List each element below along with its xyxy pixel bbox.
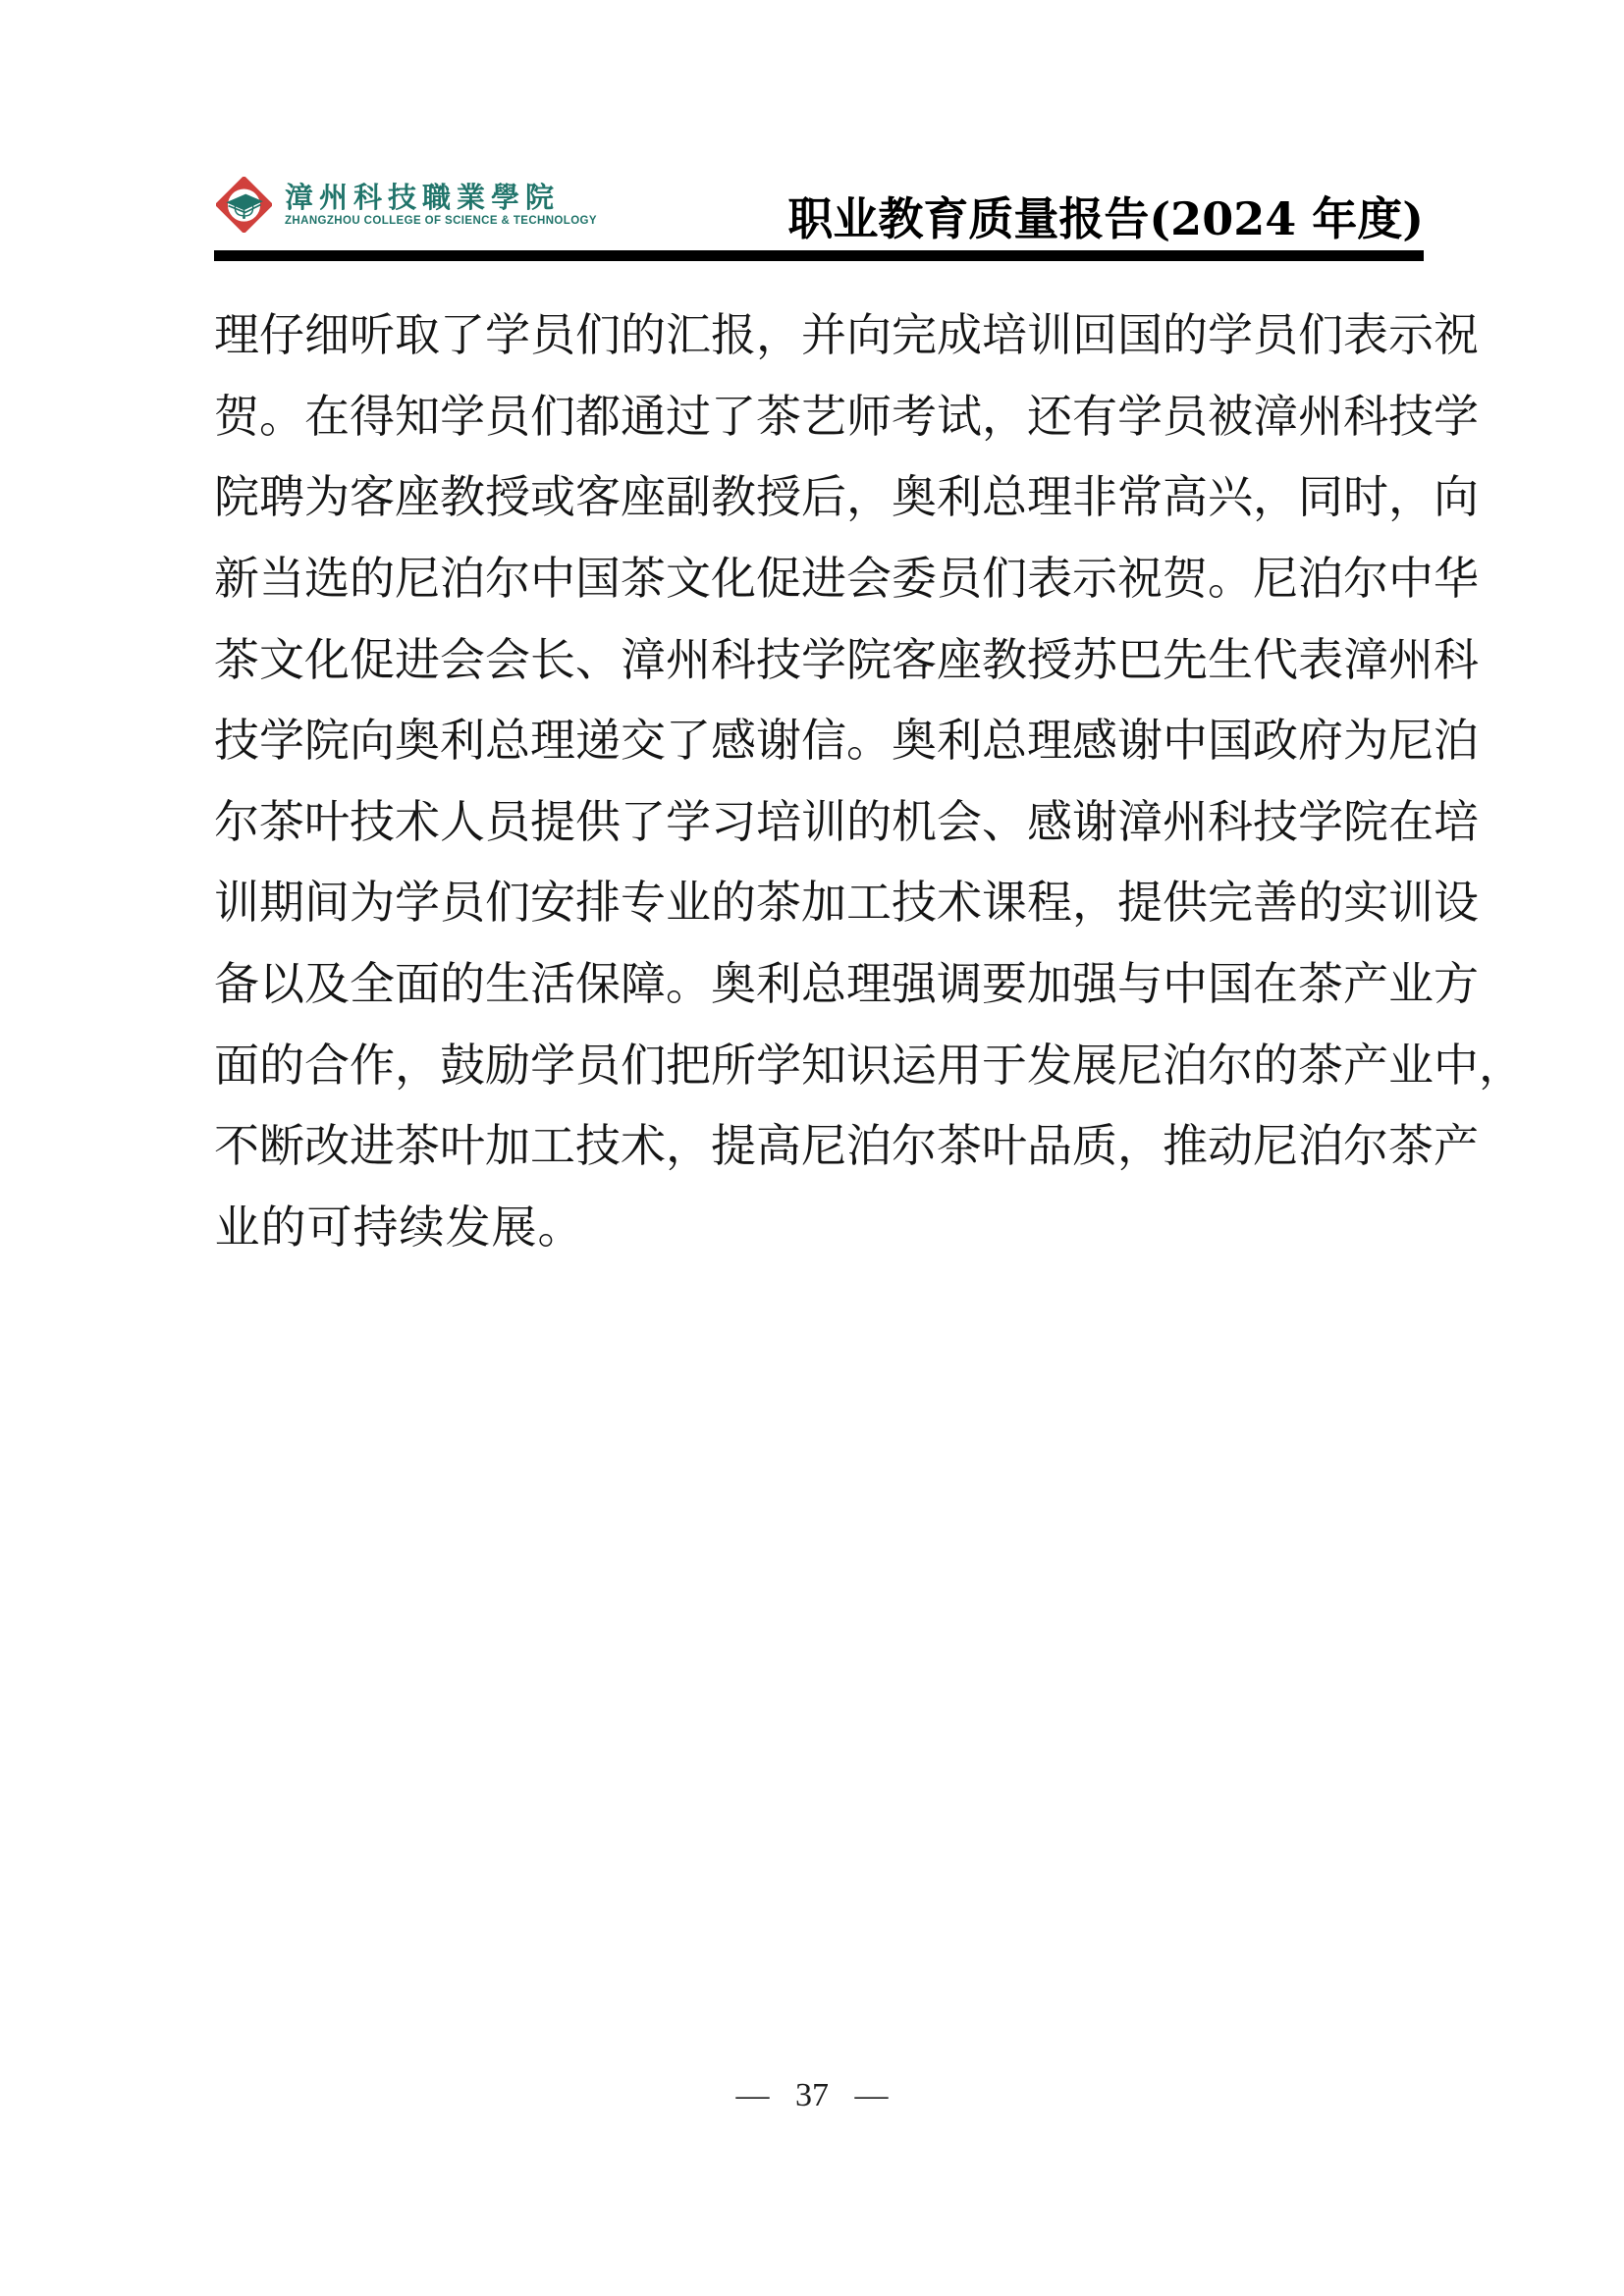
body-text-line: 不断改进茶叶加工技术，提高尼泊尔茶叶品质，推动尼泊尔茶产 bbox=[214, 1105, 1424, 1187]
body-text-line: 面的合作，鼓励学员们把所学知识运用于发展尼泊尔的茶产业中， bbox=[214, 1024, 1424, 1105]
body-paragraph: 理仔细听取了学员们的汇报，并向完成培训回国的学员们表示祝 贺。在得知学员们都通过… bbox=[214, 294, 1424, 1267]
body-text-line: 院聘为客座教授或客座副教授后，奥利总理非常高兴，同时，向 bbox=[214, 456, 1424, 538]
body-text-line: 技学院向奥利总理递交了感谢信。奥利总理感谢中国政府为尼泊 bbox=[214, 700, 1424, 781]
page-number: — 37 — bbox=[0, 2077, 1624, 2114]
header-divider-rule bbox=[214, 250, 1424, 261]
body-text-line: 理仔细听取了学员们的汇报，并向完成培训回国的学员们表示祝 bbox=[214, 294, 1424, 376]
college-logo: 漳州科技職業學院 ZHANGZHOU COLLEGE OF SCIENCE & … bbox=[216, 177, 597, 233]
report-title: 职业教育质量报告(2024 年度) bbox=[787, 193, 1424, 244]
body-text-line: 茶文化促进会会长、漳州科技学院客座教授苏巴先生代表漳州科 bbox=[214, 618, 1424, 700]
graduation-cap-diamond-icon bbox=[216, 177, 272, 233]
college-name-cn: 漳州科技職業學院 bbox=[285, 183, 597, 212]
college-name-en: ZHANGZHOU COLLEGE OF SCIENCE & TECHNOLOG… bbox=[285, 215, 597, 227]
body-text-line: 新当选的尼泊尔中国茶文化促进会委员们表示祝贺。尼泊尔中华 bbox=[214, 538, 1424, 619]
body-text-line: 尔茶叶技术人员提供了学习培训的机会、感谢漳州科技学院在培 bbox=[214, 781, 1424, 863]
body-text-line: 业的可持续发展。 bbox=[214, 1187, 1424, 1268]
college-name-block: 漳州科技職業學院 ZHANGZHOU COLLEGE OF SCIENCE & … bbox=[285, 183, 597, 227]
body-text-line: 贺。在得知学员们都通过了茶艺师考试，还有学员被漳州科技学 bbox=[214, 376, 1424, 457]
body-text-line: 备以及全面的生活保障。奥利总理强调要加强与中国在茶产业方 bbox=[214, 943, 1424, 1025]
body-text-line: 训期间为学员们安排专业的茶加工技术课程，提供完善的实训设 bbox=[214, 862, 1424, 943]
document-page: 漳州科技職業學院 ZHANGZHOU COLLEGE OF SCIENCE & … bbox=[0, 0, 1624, 2296]
